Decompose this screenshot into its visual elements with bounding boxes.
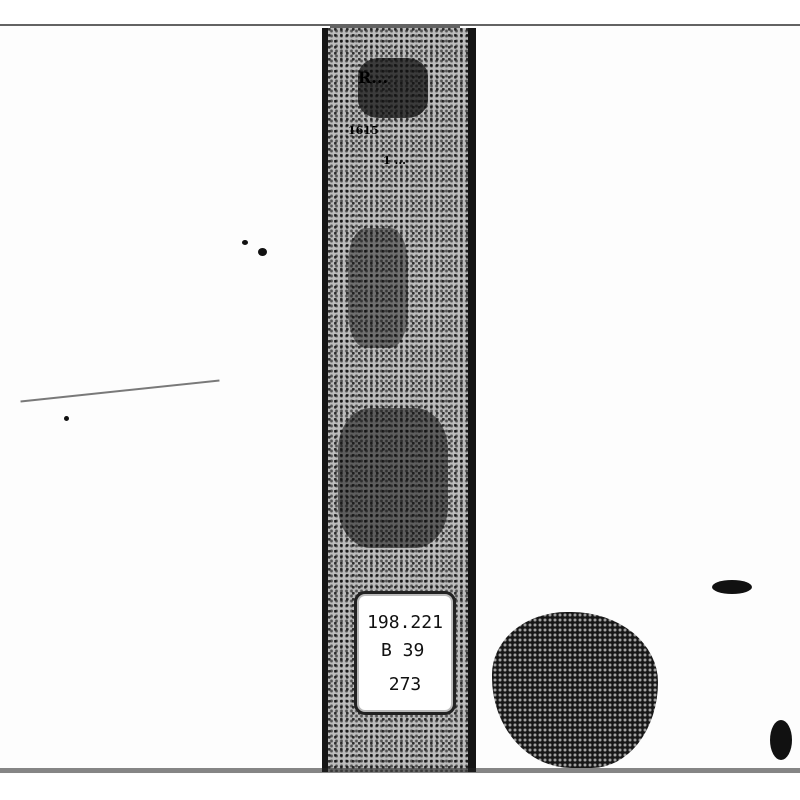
call-number-item: 273 [359,674,451,695]
ink-spot [242,240,248,245]
spine-secondary-text: 1 ... [383,154,406,167]
spine-title: R... [358,68,388,87]
bottom-edge-wear [0,768,800,773]
spine-wear [348,228,408,348]
shelf-label: 198.221 B 39 273 [357,594,453,712]
ink-spot [64,416,69,421]
book-scan: R... 1615 1 ... 198.221 B 39 273 [0,0,800,800]
ink-spot [258,248,267,256]
ink-spot [712,580,752,594]
spine-date: 1615 [348,124,379,137]
spine-wear [338,408,448,548]
call-number-class: 198.221 [359,612,451,633]
ink-spot [770,720,792,760]
call-number-cutter: B 39 [359,640,451,661]
spine-wear [358,58,428,118]
front-board [0,26,330,774]
